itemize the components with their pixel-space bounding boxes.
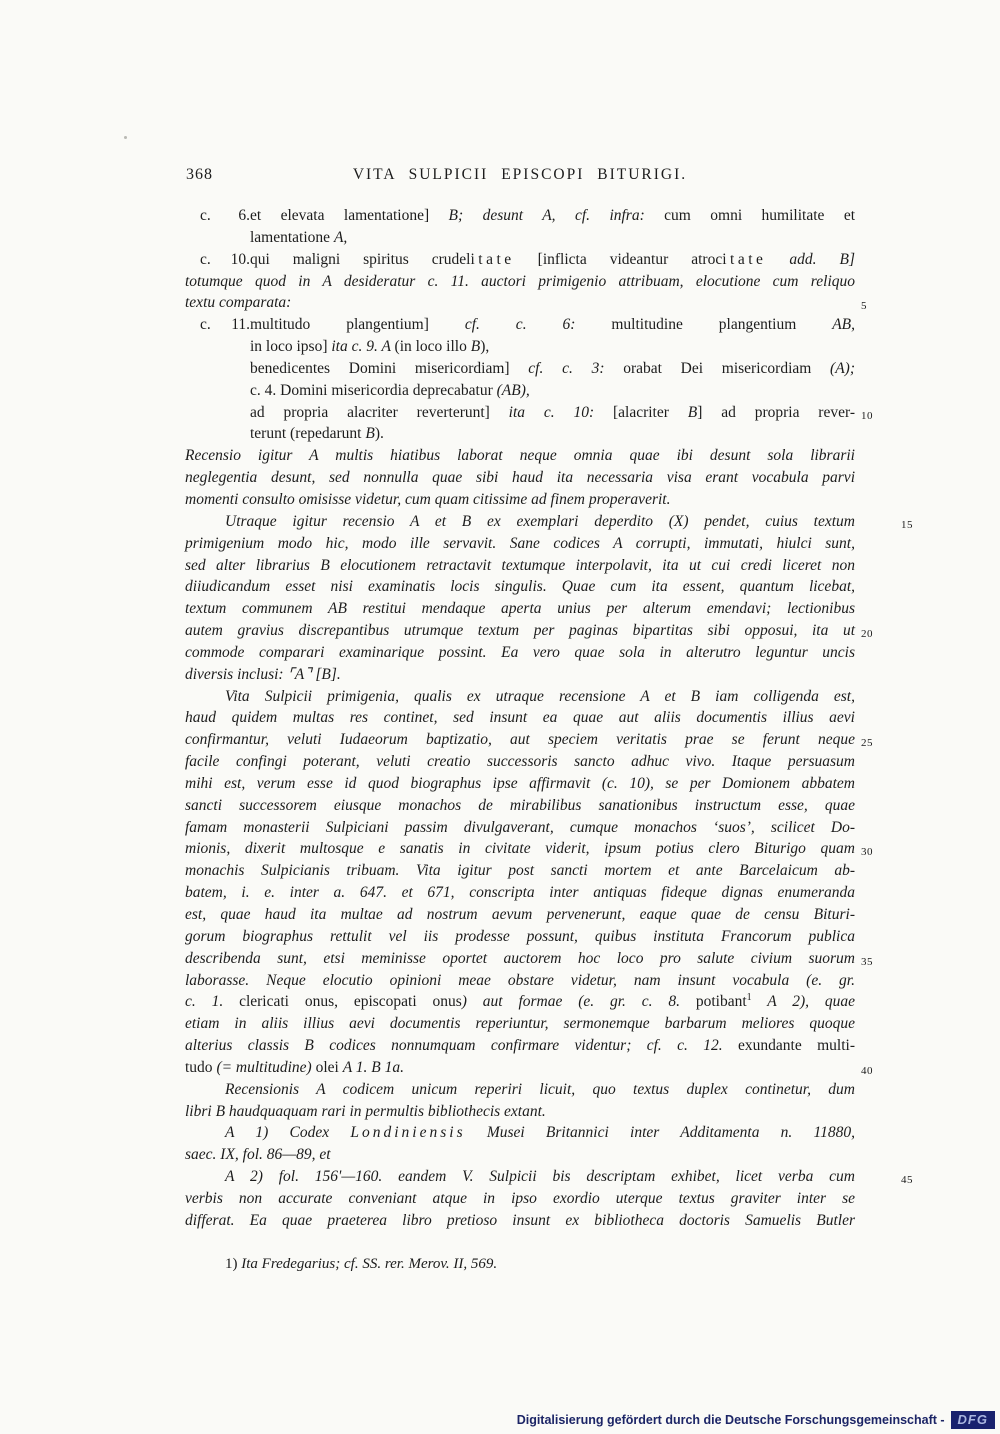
text-line: c. 4. Domini misericordia deprecabatur (… bbox=[185, 380, 855, 402]
text-segment: etiam in aliis illius aevi documentis re… bbox=[185, 1015, 855, 1032]
text-line: laborasse. Neque elocutio opinioni meae … bbox=[185, 970, 855, 992]
text-line: in loco ipso] ita c. 9. A (in loco illo … bbox=[185, 336, 855, 358]
text-segment: est, quae haud ita multae ad nostrum aev… bbox=[185, 906, 855, 923]
text-segment: verbis non accurate conveniant atque in … bbox=[185, 1190, 855, 1207]
text-line: batem, i. e. inter a. 647. et 671, consc… bbox=[185, 882, 855, 904]
text-line: A 2) fol. 156'—160. eandem V. Sulpicii b… bbox=[185, 1166, 855, 1188]
text-segment: potibant bbox=[696, 993, 747, 1010]
text-line: sed alter librarius B elocutionem retrac… bbox=[185, 555, 855, 577]
text-segment: ita c. 10: bbox=[509, 404, 613, 421]
text-segment: et elevata lamentatione] bbox=[250, 207, 449, 224]
text-segment: olei bbox=[316, 1059, 343, 1076]
text-segment: B; desunt A, cf. infra: bbox=[449, 207, 665, 224]
text-line: c. 1. clericati onus, episcopati onus) a… bbox=[185, 991, 855, 1013]
text-line: ad propria alacriter reverterunt] ita c.… bbox=[185, 402, 855, 424]
text-segment: monachis Sulpicianis tribuam. Vita igitu… bbox=[185, 862, 855, 879]
text-line: terunt (repedarunt B). bbox=[185, 423, 855, 445]
text-line: confirmantur, veluti Iudaeorum baptizati… bbox=[185, 729, 855, 751]
margin-line-number: 5 bbox=[861, 296, 891, 318]
text-line: gorum biographus rettulit vel iis prodes… bbox=[185, 926, 855, 948]
text-line: momenti consulto omisisse videtur, cum q… bbox=[185, 489, 855, 511]
margin-line-number: 45 bbox=[861, 1170, 891, 1192]
text-segment: (A); bbox=[830, 360, 855, 377]
text-segment: Recensio igitur A multis hiatibus labora… bbox=[185, 447, 855, 464]
text-segment: exundante multi- bbox=[738, 1037, 855, 1054]
text-line: mihi est, verum esse id quod biographus … bbox=[185, 773, 855, 795]
text-segment: (= multitudine) bbox=[216, 1059, 315, 1076]
text-line: textum communem AB restitui mendaque ape… bbox=[185, 598, 855, 620]
page-body: c. 6.et elevata lamentatione] B; desunt … bbox=[185, 205, 855, 1276]
text-segment: tudo bbox=[185, 1059, 216, 1076]
text-segment: textum communem AB restitui mendaque ape… bbox=[185, 600, 855, 617]
text-segment: batem, i. e. inter a. 647. et 671, consc… bbox=[185, 884, 855, 901]
text-segment: A 2), quae bbox=[752, 993, 855, 1010]
text-line: Utraque igitur recensio A et B ex exempl… bbox=[185, 511, 855, 533]
text-segment: textu comparata: bbox=[185, 294, 291, 311]
margin-line-number: 20 bbox=[861, 624, 891, 646]
text-line: diiudicandum esset nisi examinatis locis… bbox=[185, 576, 855, 598]
text-segment: (in loco illo bbox=[395, 338, 471, 355]
text-segment: in loco ipso] bbox=[250, 338, 331, 355]
text-line: describenda sunt, etsi meminisse oportet… bbox=[185, 948, 855, 970]
margin-line-number: 25 bbox=[861, 733, 891, 755]
digitization-credit: Digitalisierung gefördert durch die Deut… bbox=[517, 1411, 995, 1429]
text-line: etiam in aliis illius aevi documentis re… bbox=[185, 1013, 855, 1035]
text-segment: Londiniensis bbox=[350, 1124, 465, 1141]
text-segment: alterius classis B codices nonnumquam co… bbox=[185, 1037, 738, 1054]
text-segment: ) aut formae (e. gr. c. 8. bbox=[462, 993, 696, 1010]
text-line: c. 6.et elevata lamentatione] B; desunt … bbox=[185, 205, 855, 227]
text-segment: sancti successorem eiusque monachos de m… bbox=[185, 797, 855, 814]
text-segment: A 1) Codex bbox=[225, 1124, 350, 1141]
text-line: lamentatione A, bbox=[185, 227, 855, 249]
text-segment: Ita Fredegarius; cf. SS. rer. Merov. II,… bbox=[241, 1256, 497, 1272]
text-line: sancti successorem eiusque monachos de m… bbox=[185, 795, 855, 817]
text-line: primigenium modo hic, modo ille servavit… bbox=[185, 533, 855, 555]
text-segment: autem gravius discrepantibus utrumque te… bbox=[185, 622, 855, 639]
text-segment: multitudine plangentium bbox=[611, 316, 832, 333]
text-line: alterius classis B codices nonnumquam co… bbox=[185, 1035, 855, 1057]
text-segment: c. 10. bbox=[200, 249, 250, 271]
text-line: differat. Ea quae praeterea libro pretio… bbox=[185, 1210, 855, 1232]
text-segment: ita c. 9. A bbox=[331, 338, 394, 355]
text-segment: Recensionis A codicem unicum reperiri li… bbox=[225, 1081, 855, 1098]
text-segment: orabat Dei misericordiam bbox=[623, 360, 830, 377]
dfg-logo: DFG bbox=[951, 1411, 995, 1429]
text-segment: ), bbox=[480, 338, 489, 355]
text-segment: multitudo plangentium] bbox=[250, 316, 465, 333]
text-segment: [inflicta videantur atroc bbox=[515, 251, 723, 268]
text-line: A 1) Codex Londiniensis Musei Britannici… bbox=[185, 1122, 855, 1144]
text-segment: gorum biographus rettulit vel iis prodes… bbox=[185, 928, 855, 945]
text-line: textu comparata:5 bbox=[185, 292, 855, 314]
text-segment: itate bbox=[722, 251, 766, 268]
text-segment: mionis, dixerit multosque e sanatis in c… bbox=[185, 840, 855, 857]
text-line: tudo (= multitudine) olei A 1. B 1a.40 bbox=[185, 1057, 855, 1079]
text-line: c. 11.multitudo plangentium] cf. c. 6: m… bbox=[185, 314, 855, 336]
margin-line-number: 30 bbox=[861, 842, 891, 864]
text-segment: cum omni humilitate et bbox=[664, 207, 855, 224]
text-line: autem gravius discrepantibus utrumque te… bbox=[185, 620, 855, 642]
text-segment: neglegentia desunt, sed nonnulla quae si… bbox=[185, 469, 855, 486]
text-segment: Utraque igitur recensio A et B ex exempl… bbox=[225, 513, 855, 530]
text-line: est, quae haud ita multae ad nostrum aev… bbox=[185, 904, 855, 926]
text-segment: sed alter librarius B elocutionem retrac… bbox=[185, 557, 855, 574]
text-segment: cf. c. 3: bbox=[528, 360, 623, 377]
text-line: haud quidem multas res continet, sed ins… bbox=[185, 707, 855, 729]
margin-line-number: 35 bbox=[861, 952, 891, 974]
text-segment: laborasse. Neque elocutio opinioni meae … bbox=[185, 972, 855, 989]
text-segment: c. 11. bbox=[200, 314, 250, 336]
text-segment: A, bbox=[334, 229, 347, 246]
text-segment: describenda sunt, etsi meminisse oportet… bbox=[185, 950, 855, 967]
text-line: diversis inclusi: ⌜A⌝ [B]. bbox=[185, 664, 855, 686]
text-segment: terunt (repedarunt bbox=[250, 425, 365, 442]
text-line: Recensionis A codicem unicum reperiri li… bbox=[185, 1079, 855, 1101]
text-line: famam monasterii Sulpiciani passim divul… bbox=[185, 817, 855, 839]
page-header: VITA SULPICII EPISCOPI BITURIGI. bbox=[185, 166, 855, 184]
text-segment: c. 4. Domini misericordia deprecabatur bbox=[250, 382, 497, 399]
text-segment: add. B] bbox=[766, 251, 855, 268]
text-segment: haud quidem multas res continet, sed ins… bbox=[185, 709, 855, 726]
text-segment: confirmantur, veluti Iudaeorum baptizati… bbox=[185, 731, 855, 748]
text-segment: AB, bbox=[832, 316, 855, 333]
text-line: Recensio igitur A multis hiatibus labora… bbox=[185, 445, 855, 467]
text-line: commode comparari examinarique possint. … bbox=[185, 642, 855, 664]
text-segment: Musei Britannici inter Additamenta n. 11… bbox=[466, 1124, 855, 1141]
text-segment: B bbox=[471, 338, 480, 355]
text-segment: clericati onus, episcopati onus bbox=[239, 993, 462, 1010]
text-segment: itate bbox=[471, 251, 515, 268]
text-line: benedicentes Domini misericordiam] cf. c… bbox=[185, 358, 855, 380]
margin-line-number: 15 bbox=[861, 515, 891, 537]
text-line: saec. IX, fol. 86—89, et bbox=[185, 1144, 855, 1166]
text-segment: ad propria alacriter reverterunt] bbox=[250, 404, 509, 421]
text-segment: qui maligni spiritus crudel bbox=[250, 251, 471, 268]
margin-line-number: 10 bbox=[861, 406, 891, 428]
text-segment: [alacriter bbox=[613, 404, 688, 421]
text-segment: cf. c. 6: bbox=[465, 316, 612, 333]
text-segment: Vita Sulpicii primigenia, qualis ex utra… bbox=[225, 688, 855, 705]
text-segment: famam monasterii Sulpiciani passim divul… bbox=[185, 819, 855, 836]
text-segment: diversis inclusi: ⌜A⌝ [B]. bbox=[185, 666, 341, 683]
text-line: mionis, dixerit multosque e sanatis in c… bbox=[185, 838, 855, 860]
text-line: totumque quod in A desideratur c. 11. au… bbox=[185, 271, 855, 293]
text-segment: diiudicandum esset nisi examinatis locis… bbox=[185, 578, 855, 595]
credit-text: Digitalisierung gefördert durch die Deut… bbox=[517, 1413, 945, 1427]
text-line: neglegentia desunt, sed nonnulla quae si… bbox=[185, 467, 855, 489]
text-line: monachis Sulpicianis tribuam. Vita igitu… bbox=[185, 860, 855, 882]
text-segment: commode comparari examinarique possint. … bbox=[185, 644, 855, 661]
text-segment: c. 1. bbox=[185, 993, 239, 1010]
text-segment: momenti consulto omisisse videtur, cum q… bbox=[185, 491, 670, 508]
text-segment: mihi est, verum esse id quod biographus … bbox=[185, 775, 855, 792]
text-segment: B bbox=[688, 404, 697, 421]
text-segment: B bbox=[365, 425, 374, 442]
text-segment: benedicentes Domini misericordiam] bbox=[250, 360, 528, 377]
text-segment: ). bbox=[375, 425, 384, 442]
text-segment: lamentatione bbox=[250, 229, 334, 246]
text-segment: A 1. B 1a. bbox=[343, 1059, 404, 1076]
text-line: verbis non accurate conveniant atque in … bbox=[185, 1188, 855, 1210]
text-segment: libri B haudquaquam rari in permultis bi… bbox=[185, 1103, 546, 1120]
text-segment: totumque quod in A desideratur c. 11. au… bbox=[185, 273, 855, 290]
text-segment: A 2) fol. 156'—160. eandem V. Sulpicii b… bbox=[225, 1168, 855, 1185]
text-segment: (AB), bbox=[497, 382, 530, 399]
text-segment: primigenium modo hic, modo ille servavit… bbox=[185, 535, 855, 552]
text-segment: facile confingi poterant, veluti creatio… bbox=[185, 753, 855, 770]
text-line: facile confingi poterant, veluti creatio… bbox=[185, 751, 855, 773]
margin-line-number: 40 bbox=[861, 1061, 891, 1083]
text-line: Vita Sulpicii primigenia, qualis ex utra… bbox=[185, 686, 855, 708]
text-line: libri B haudquaquam rari in permultis bi… bbox=[185, 1101, 855, 1123]
text-segment: ] ad propria rever- bbox=[697, 404, 855, 421]
scan-artifact-dot bbox=[124, 136, 127, 139]
text-segment: saec. IX, fol. 86—89, et bbox=[185, 1146, 331, 1163]
text-line: c. 10.qui maligni spiritus crudelitate [… bbox=[185, 249, 855, 271]
text-segment: differat. Ea quae praeterea libro pretio… bbox=[185, 1212, 855, 1229]
text-segment: c. 6. bbox=[200, 205, 250, 227]
text-segment: 1) bbox=[225, 1256, 241, 1272]
text-line: 1) Ita Fredegarius; cf. SS. rer. Merov. … bbox=[185, 1254, 855, 1276]
